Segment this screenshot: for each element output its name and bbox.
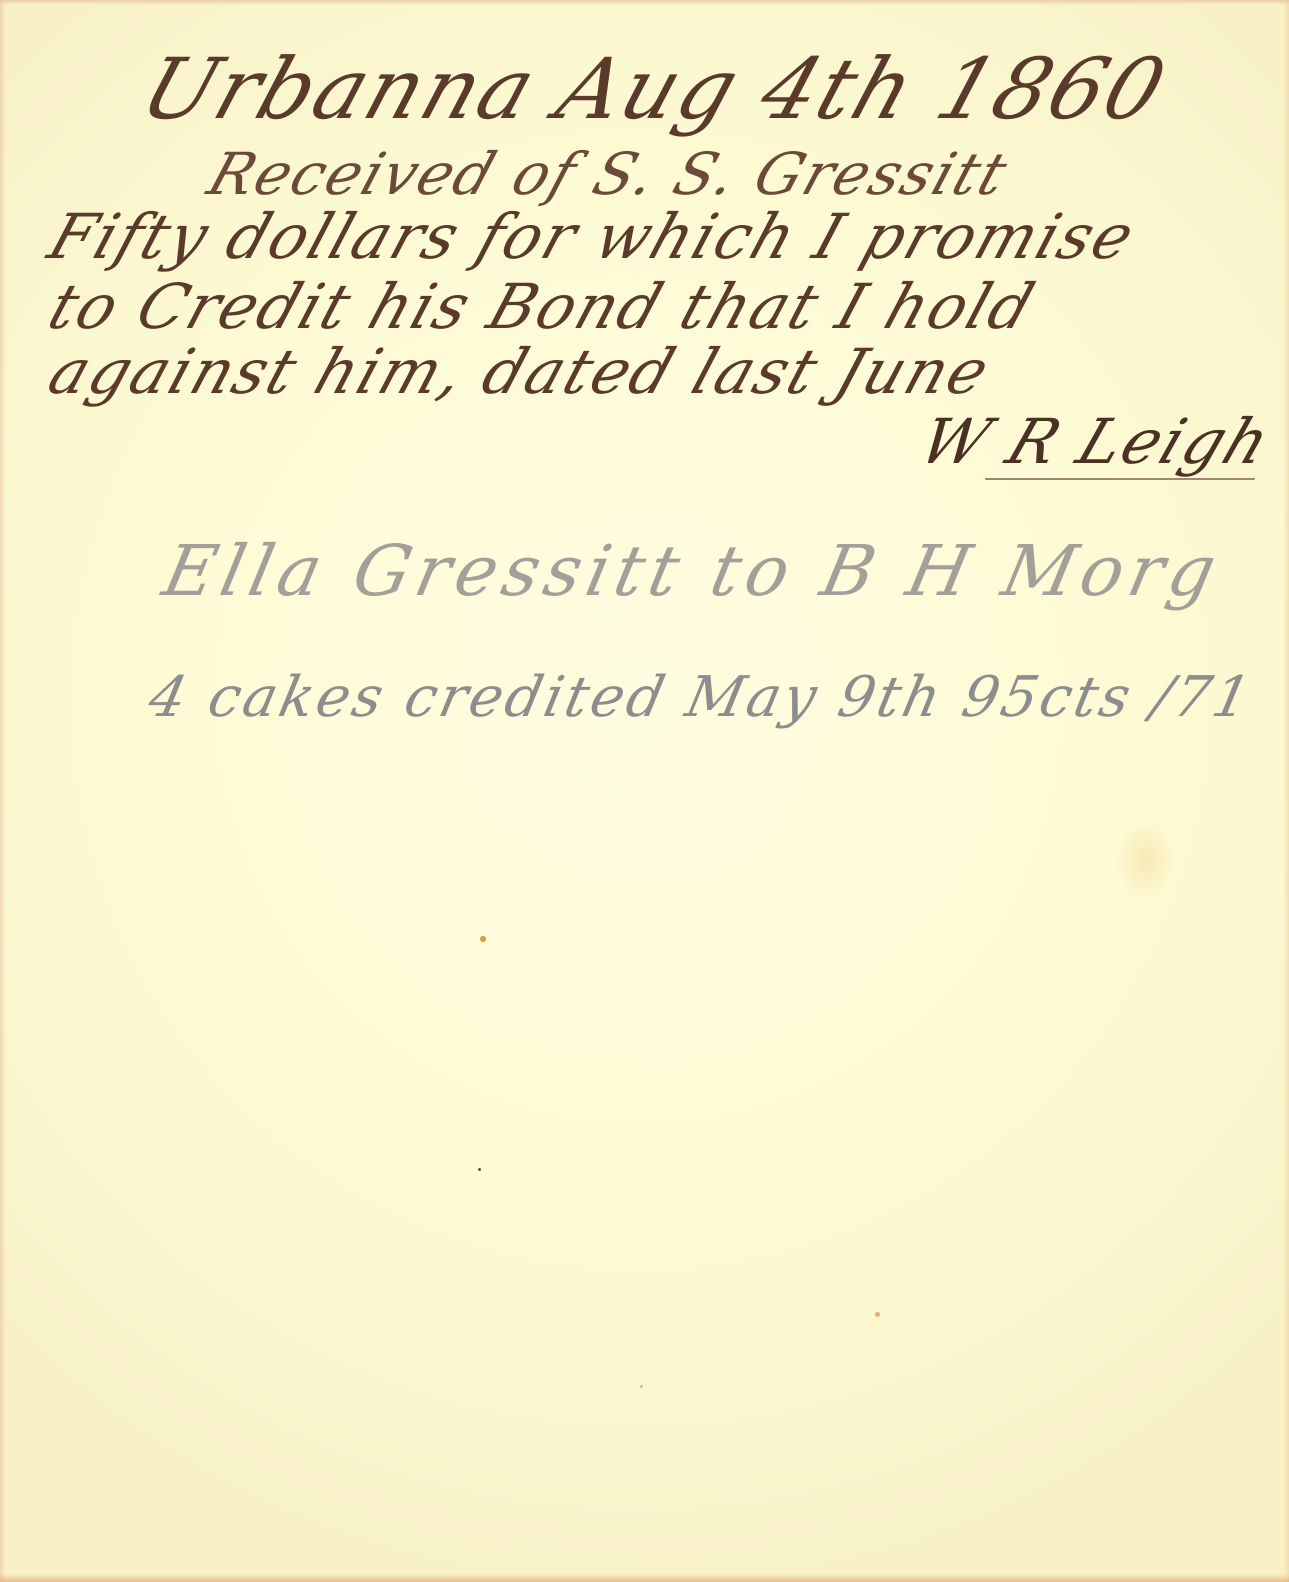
receipt-received-line: Received of S. S. Gressitt — [200, 140, 1017, 208]
paper-edge-right — [1283, 0, 1289, 1582]
paper-edge-bottom — [0, 1574, 1289, 1582]
receipt-credit-line: to Credit his Bond that I hold — [40, 270, 1045, 343]
paper-stain — [480, 936, 486, 942]
paper-edge-top — [0, 0, 1289, 5]
receipt-place-date: Urbanna Aug 4th 1860 — [130, 40, 1179, 138]
paper-speck — [640, 1385, 643, 1388]
paper-speck — [478, 1168, 481, 1171]
document-page: Urbanna Aug 4th 1860 Received of S. S. G… — [0, 0, 1289, 1582]
pencil-note-names: Ella Gressitt to B H Morg — [156, 530, 1228, 612]
paper-stain — [875, 1312, 880, 1317]
signature-underline — [985, 478, 1255, 480]
receipt-against-line: against him, dated last June — [40, 335, 1000, 408]
paper-edge-left — [0, 0, 6, 1582]
receipt-amount-line: Fifty dollars for which I promise — [40, 200, 1145, 273]
signature: W R Leigh — [910, 405, 1282, 478]
pencil-note-cakes: 4 cakes credited May 9th 95cts /71 — [143, 665, 1259, 730]
